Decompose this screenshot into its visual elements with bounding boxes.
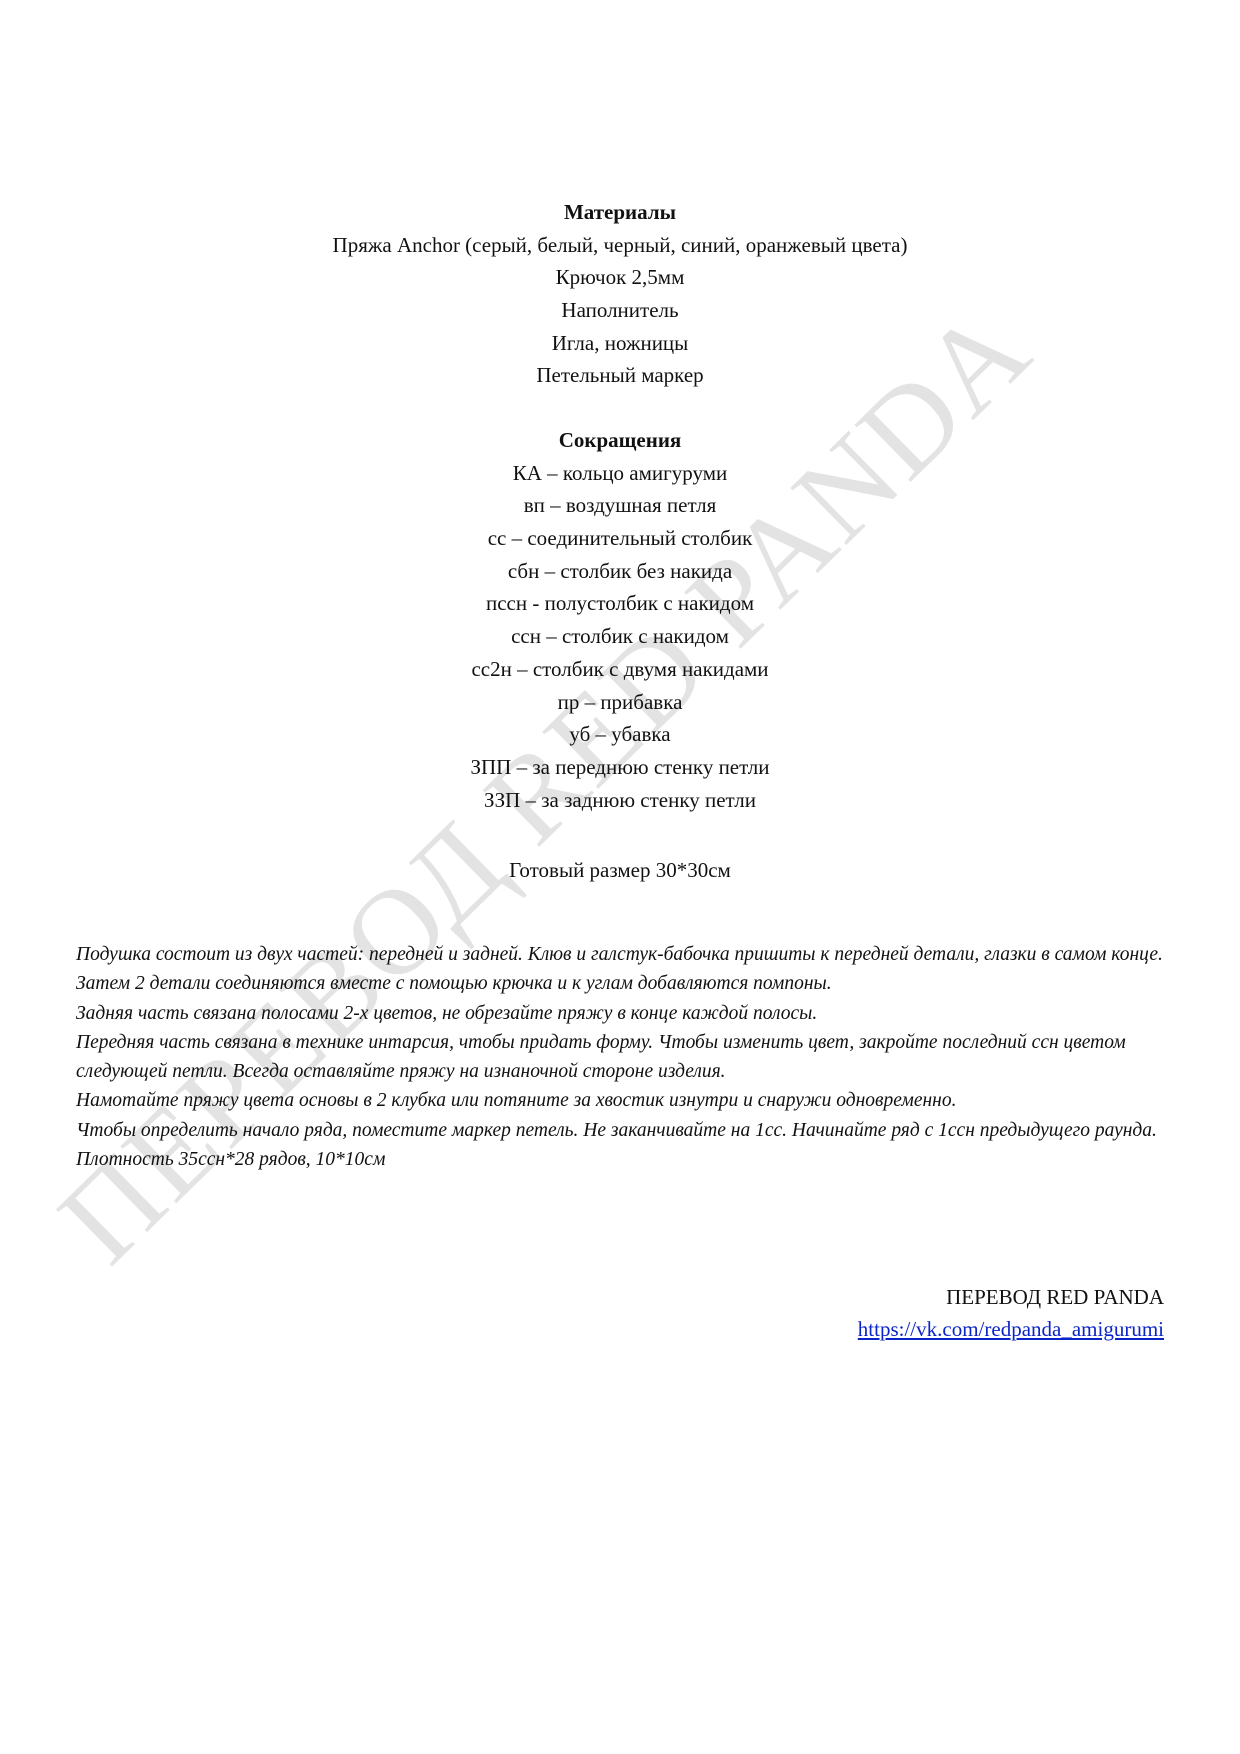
description-paragraph: Подушка состоит из двух частей: передней… (76, 940, 1176, 969)
abbreviation-item: ссн – столбик с накидом (0, 620, 1240, 653)
abbreviation-item: ЗЗП – за заднюю стенку петли (0, 784, 1240, 817)
materials-heading: Материалы (0, 196, 1240, 229)
description-paragraph: Затем 2 детали соединяются вместе с помо… (76, 969, 1176, 998)
materials-item: Пряжа Anchor (серый, белый, черный, сини… (0, 229, 1240, 262)
description-paragraph: Плотность 35ссн*28 рядов, 10*10см (76, 1145, 1176, 1174)
abbreviation-item: сс – соединительный столбик (0, 522, 1240, 555)
description-paragraph: Намотайте пряжу цвета основы в 2 клубка … (76, 1086, 1176, 1115)
abbreviation-item: уб – убавка (0, 718, 1240, 751)
abbreviations-section: Сокращения КА – кольцо амигуруми вп – во… (0, 424, 1240, 816)
abbreviation-item: КА – кольцо амигуруми (0, 457, 1240, 490)
finished-size: Готовый размер 30*30см (0, 854, 1240, 887)
abbreviation-item: сс2н – столбик с двумя накидами (0, 653, 1240, 686)
materials-item: Крючок 2,5мм (0, 261, 1240, 294)
abbreviation-item: ЗПП – за переднюю стенку петли (0, 751, 1240, 784)
finished-size-section: Готовый размер 30*30см (0, 854, 1240, 887)
abbreviations-heading: Сокращения (0, 424, 1240, 457)
credits-section: ПЕРЕВОД RED PANDA https://vk.com/redpand… (858, 1281, 1164, 1345)
materials-item: Петельный маркер (0, 359, 1240, 392)
abbreviation-item: пр – прибавка (0, 686, 1240, 719)
materials-item: Наполнитель (0, 294, 1240, 327)
vk-link[interactable]: https://vk.com/redpanda_amigurumi (858, 1317, 1164, 1341)
abbreviation-item: пссн - полустолбик с накидом (0, 587, 1240, 620)
description-paragraph: Чтобы определить начало ряда, поместите … (76, 1116, 1176, 1145)
description-section: Подушка состоит из двух частей: передней… (76, 940, 1176, 1174)
abbreviation-item: сбн – столбик без накида (0, 555, 1240, 588)
translation-credit: ПЕРЕВОД RED PANDA (858, 1281, 1164, 1313)
description-paragraph: Задняя часть связана полосами 2-х цветов… (76, 999, 1176, 1028)
abbreviation-item: вп – воздушная петля (0, 489, 1240, 522)
description-paragraph: Передняя часть связана в технике интарси… (76, 1028, 1176, 1087)
document-page: ПЕРЕВОД RED PANDA Материалы Пряжа Anchor… (0, 0, 1240, 1754)
materials-section: Материалы Пряжа Anchor (серый, белый, че… (0, 196, 1240, 392)
materials-item: Игла, ножницы (0, 327, 1240, 360)
